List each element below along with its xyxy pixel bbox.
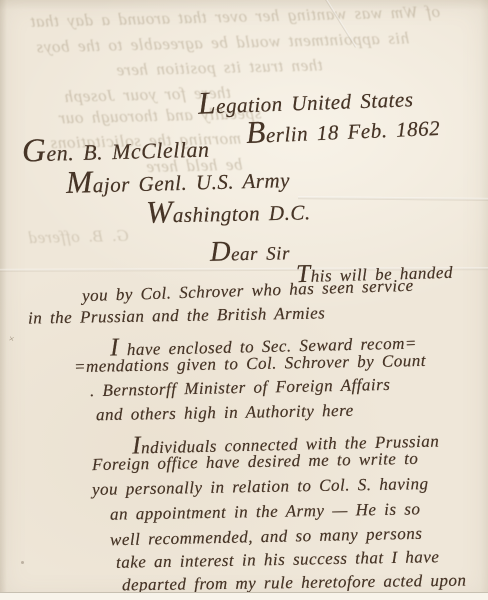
body-line: and others high in Authority here [96, 401, 354, 425]
letter-page: of Wm was wanting her over that around a… [0, 0, 488, 600]
fold-crease [298, 196, 488, 201]
body-line: you personally in relation to Col. S. ha… [92, 474, 429, 500]
dateline: Berlin 18 Feb. 1862 [245, 107, 440, 151]
salutation: Dear Sir [210, 235, 290, 268]
bleed-through-line: then trust its position here [116, 55, 323, 80]
body-line: an appointment in the Army — He is so [110, 499, 421, 524]
recipient-city: Washington D.C. [146, 191, 311, 230]
body-line: in the Prussian and the British Armies [28, 303, 326, 328]
margin-mark: × [7, 333, 16, 345]
paper-speck [21, 561, 24, 564]
body-line: you by Col. Schrover who has seen servic… [82, 276, 414, 306]
body-line: . Bernstorff Minister of Foreign Affairs [90, 375, 391, 401]
body-line: well recommended, and so many persons [110, 524, 423, 551]
bleed-through-line: G. B. offered [28, 226, 129, 248]
scan-edge [0, 592, 488, 600]
body-line: take an interest in his success that I h… [116, 547, 440, 573]
bleed-through-line: his appointment would be agreeable to th… [36, 28, 410, 57]
bleed-through-line: of Wm was wanting her over that around a… [30, 2, 440, 32]
